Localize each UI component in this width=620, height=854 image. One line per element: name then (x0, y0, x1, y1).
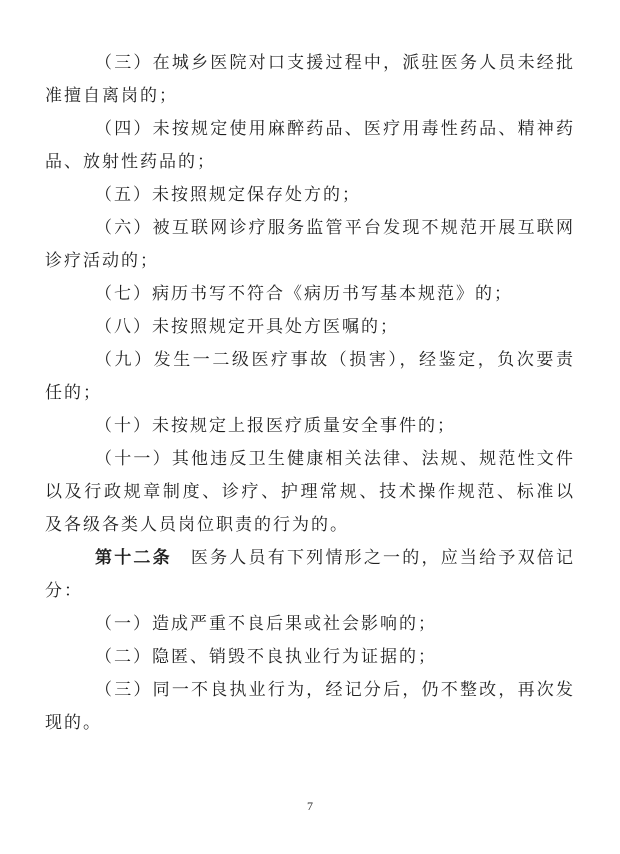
page-number: 7 (0, 799, 620, 814)
clause-item-10: （十）未按规定上报医疗质量安全事件的； (45, 409, 575, 442)
clause-item-11: （十一）其他违反卫生健康相关法律、法规、规范性文件以及行政规章制度、诊疗、护理常… (45, 442, 575, 541)
clause-item-3: （三）在城乡医院对口支援过程中，派驻医务人员未经批准擅自离岗的； (45, 46, 575, 112)
subclause-item-2: （二）隐匿、销毁不良执业行为证据的； (45, 640, 575, 673)
document-body: （三）在城乡医院对口支援过程中，派驻医务人员未经批准擅自离岗的； （四）未按规定… (45, 46, 575, 739)
clause-item-4: （四）未按规定使用麻醉药品、医疗用毒性药品、精神药品、放射性药品的； (45, 112, 575, 178)
clause-item-7: （七）病历书写不符合《病历书写基本规范》的； (45, 277, 575, 310)
article-12-paragraph: 第十二条医务人员有下列情形之一的，应当给予双倍记分： (45, 541, 575, 607)
article-12-number: 第十二条 (95, 548, 172, 567)
clause-item-6: （六）被互联网诊疗服务监管平台发现不规范开展互联网诊疗活动的； (45, 211, 575, 277)
clause-item-5: （五）未按照规定保存处方的； (45, 178, 575, 211)
subclause-item-1: （一）造成严重不良后果或社会影响的； (45, 607, 575, 640)
clause-item-8: （八）未按照规定开具处方医嘱的； (45, 310, 575, 343)
document-page: （三）在城乡医院对口支援过程中，派驻医务人员未经批准擅自离岗的； （四）未按规定… (0, 0, 620, 854)
clause-item-9: （九）发生一二级医疗事故（损害），经鉴定，负次要责任的； (45, 343, 575, 409)
subclause-item-3: （三）同一不良执业行为，经记分后，仍不整改，再次发现的。 (45, 673, 575, 739)
